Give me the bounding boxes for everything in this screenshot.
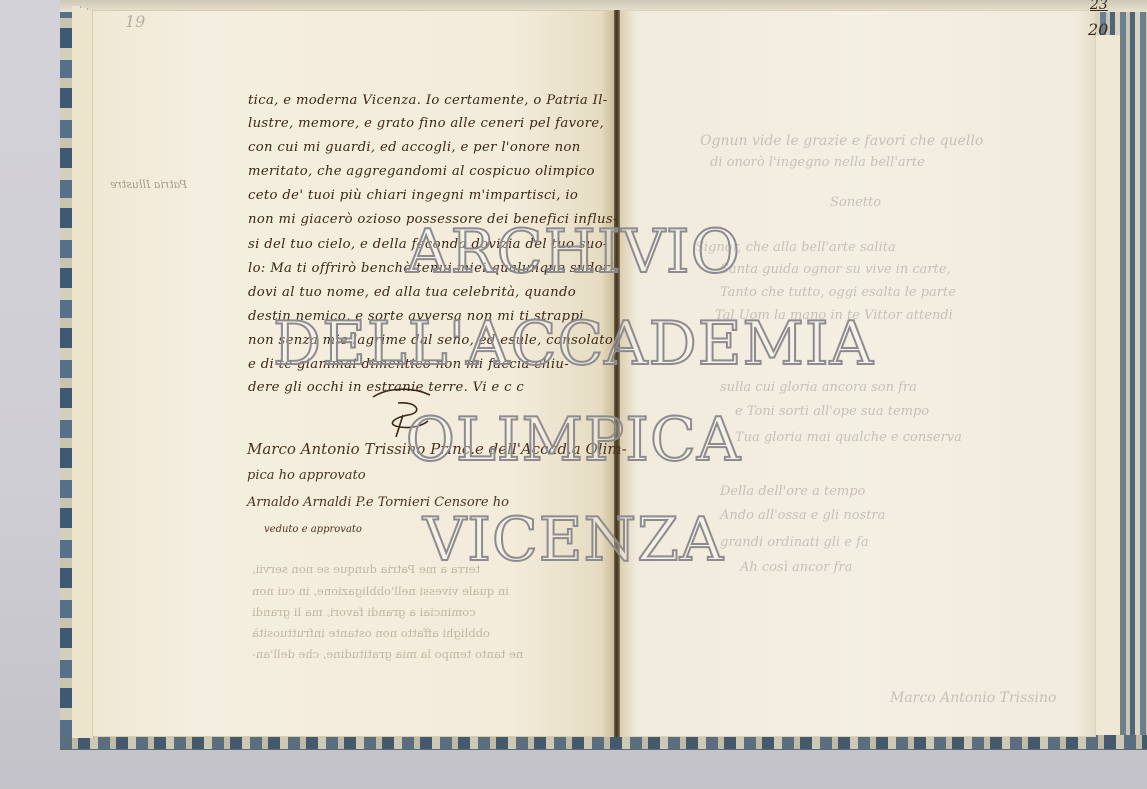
folio-number-right-top: 23	[1090, 0, 1108, 13]
faded-line: grandi ordinati gli e fa	[720, 535, 869, 550]
faded-line: Tal Uom la mano in te Vittor attendi	[715, 308, 953, 323]
text-line: si del tuo cielo, e della feconda dovizi…	[248, 237, 608, 252]
faded-line: Santa guida ognor su vive in carte,	[720, 262, 951, 277]
faded-line: Della dell'ore a tempo	[720, 484, 865, 499]
faded-line: Tanto che tutto, oggi esalta le parte	[720, 285, 956, 300]
text-line: destin nemico, e sorte avversa non mi ti…	[248, 309, 584, 324]
signature-line: Arnaldo Arnaldi P.e Tornieri Censore ho	[247, 495, 509, 510]
faded-line: sulla cui gloria ancora son fra	[720, 380, 917, 395]
marbled-cover-spine-edge	[60, 0, 72, 748]
right-page-edge	[1096, 35, 1121, 735]
faded-line: Ah così ancor fra	[740, 560, 852, 575]
text-line: lo: Ma ti offrirò benchè tenui miei qual…	[248, 261, 614, 276]
marbled-cover-bottom-edge	[60, 735, 1147, 749]
signature-line: pica ho approvato	[247, 468, 366, 483]
bleed-through-line: cominciai a grandi favori, ma li grandi	[252, 605, 476, 619]
text-line: non senza mie lagrime dal seno, ed esule…	[248, 333, 618, 348]
text-line: tica, e moderna Vicenza. Io certamente, …	[248, 93, 608, 108]
text-line: ceto de' tuoi più chiari ingegni m'impar…	[248, 188, 578, 203]
faded-line: di onorò l'ingegno nella bell'arte	[710, 155, 925, 170]
text-line: lustre, memore, e grato fino alle ceneri…	[248, 116, 604, 131]
margin-note: Patria Illustre	[110, 178, 187, 191]
text-line: con cui mi guardi, ed accogli, e per l'o…	[248, 140, 581, 155]
signature-line: Marco Antonio Trissino Princ.e dell'Acca…	[247, 440, 627, 458]
bleed-through-line: ne tanto tempo la mia gratitudine, che d…	[252, 647, 523, 661]
faded-line: Ando all'ossa e gli nostra	[720, 508, 885, 523]
bleed-through-line: obblighi affatto non ostante infruttuosi…	[252, 626, 490, 640]
bleed-through-line: terra a me Patria dunque se non servii,	[252, 562, 480, 576]
faded-line: Tua gloria mai qualche e conserva	[735, 430, 962, 445]
faded-line: Signor, che alla bell'arte salita	[695, 240, 896, 255]
text-line: dovi al tuo nome, ed alla tua celebrità,…	[248, 285, 576, 300]
book-gutter	[614, 10, 620, 737]
signature-line: veduto e approvato	[264, 524, 362, 535]
folio-number-right: 20	[1088, 20, 1108, 39]
right-page	[618, 10, 1096, 737]
faded-line: e Toni sorti all'ope sua tempo	[735, 404, 929, 419]
folio-number-left: 19	[125, 12, 145, 31]
bleed-through-line: in quale vivessi nell'obbligazione, in c…	[252, 584, 509, 598]
faded-heading: Sonetto	[830, 195, 881, 210]
text-line: non mi giacerò ozioso possessore dei ben…	[248, 212, 618, 227]
faded-signature: Marco Antonio Trissino	[890, 690, 1056, 706]
faded-line: Ognun vide le grazie e favori che quello	[700, 133, 983, 149]
text-line: e di te giammai dimentico non mi faccia …	[248, 357, 569, 372]
text-line: meritato, che aggregandomi al cospicuo o…	[248, 164, 595, 179]
calligraphic-flourish	[368, 385, 438, 445]
